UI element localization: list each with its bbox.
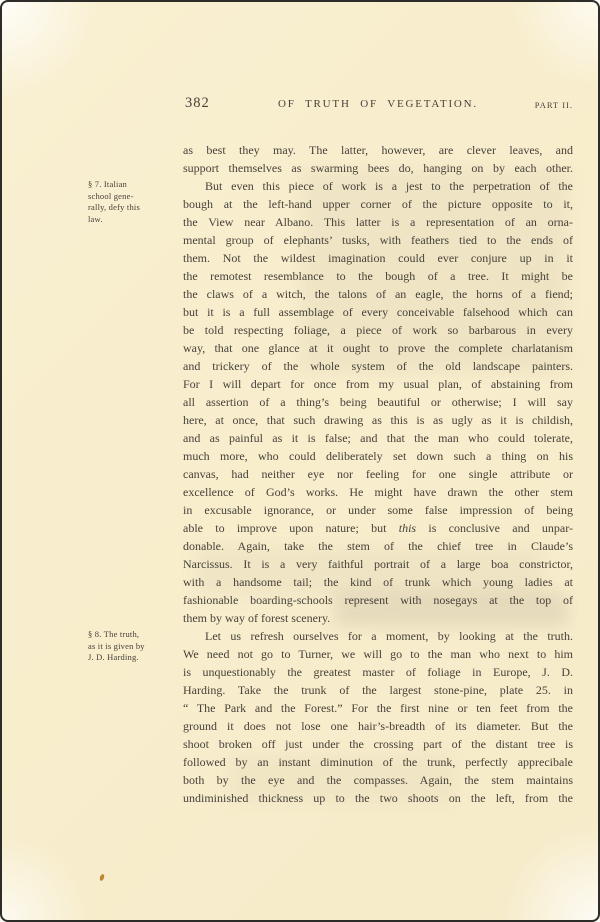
margin-note-line: § 8. The truth, <box>88 629 182 641</box>
margin-note-line: rally, defy this <box>88 202 182 214</box>
text-line: ground it does not lose one hair’s-bread… <box>183 717 573 735</box>
margin-note-section-7: § 7. Italianschool gene-rally, defy this… <box>88 179 182 225</box>
text-line: fashionable boarding-schools represent w… <box>183 591 573 609</box>
text-line: as best they may. The latter, however, a… <box>183 141 573 159</box>
text-line: here, at once, that such drawing as this… <box>183 411 573 429</box>
text-line: and as painful as it is false; and that … <box>183 429 573 447</box>
text-line: them. Not the wildest imagination could … <box>183 249 573 267</box>
text-line: Narcissus. It is a very faithful portrai… <box>183 555 573 573</box>
margin-note-line: J. D. Harding. <box>88 652 182 664</box>
text-line: bough at the left-hand upper corner of t… <box>183 195 573 213</box>
text-line: We need not go to Turner, we will go to … <box>183 645 573 663</box>
text-line: Let us refresh ourselves for a moment, b… <box>183 627 573 645</box>
paragraph: But even this piece of work is a jest to… <box>183 177 573 627</box>
text-line: But even this piece of work is a jest to… <box>183 177 573 195</box>
text-line: much more, who could deliberately set do… <box>183 447 573 465</box>
paragraph: as best they may. The latter, however, a… <box>183 141 573 177</box>
body-text: as best they may. The latter, however, a… <box>183 141 573 807</box>
part-label: PART II. <box>535 100 573 110</box>
paragraph: Let us refresh ourselves for a moment, b… <box>183 627 573 807</box>
text-line: way, that one glance at it ought to prov… <box>183 339 573 357</box>
text-line: the remotest resemblance to the bough of… <box>183 267 573 285</box>
text-line: able to improve upon nature; but this is… <box>183 519 573 537</box>
text-line: followed by an instant diminution of the… <box>183 753 573 771</box>
text-line: For I will depart for once from my usual… <box>183 375 573 393</box>
margin-note-line: as it is given by <box>88 641 182 653</box>
text-line: the View near Albano. This latter is a r… <box>183 213 573 231</box>
margin-note-line: § 7. Italian <box>88 179 182 191</box>
paper-speck <box>99 874 105 882</box>
text-line: mental group of elephants’ tusks, with f… <box>183 231 573 249</box>
text-line: be told respecting foliage, a piece of w… <box>183 321 573 339</box>
text-line: canvas, had neither eye nor feeling for … <box>183 465 573 483</box>
text-line: “ The Park and the Forest.” For the firs… <box>183 699 573 717</box>
text-line: is unquestionably the greatest master of… <box>183 663 573 681</box>
text-line: and trickery of the whole system of the … <box>183 357 573 375</box>
text-line: Harding. Take the trunk of the largest s… <box>183 681 573 699</box>
text-line: shoot broken off just under the crossing… <box>183 735 573 753</box>
text-line: but it is a full assemblage of every con… <box>183 303 573 321</box>
text-line: both by the eye and the compasses. Again… <box>183 771 573 789</box>
margin-note-line: school gene- <box>88 191 182 203</box>
text-line: undiminished thickness up to the two sho… <box>183 789 573 807</box>
text-line: all assertion of a thing’s being beautif… <box>183 393 573 411</box>
text-line: support themselves as swarming bees do, … <box>183 159 573 177</box>
text-line: the claws of a witch, the talons of an e… <box>183 285 573 303</box>
text-line: with a handsome tail; the kind of trunk … <box>183 573 573 591</box>
running-title: OF TRUTH OF VEGETATION. <box>183 98 573 110</box>
text-line: in excusable ignorance, or under some fa… <box>183 501 573 519</box>
book-page: 382 OF TRUTH OF VEGETATION. PART II. § 7… <box>0 0 600 922</box>
margin-note-line: law. <box>88 214 182 226</box>
margin-note-section-8: § 8. The truth,as it is given byJ. D. Ha… <box>88 629 182 664</box>
text-line: them by way of forest scenery. <box>183 609 573 627</box>
page-header: 382 OF TRUTH OF VEGETATION. PART II. <box>183 95 573 115</box>
text-line: donable. Again, take the stem of the chi… <box>183 537 573 555</box>
text-line: excellence of God’s works. He might have… <box>183 483 573 501</box>
